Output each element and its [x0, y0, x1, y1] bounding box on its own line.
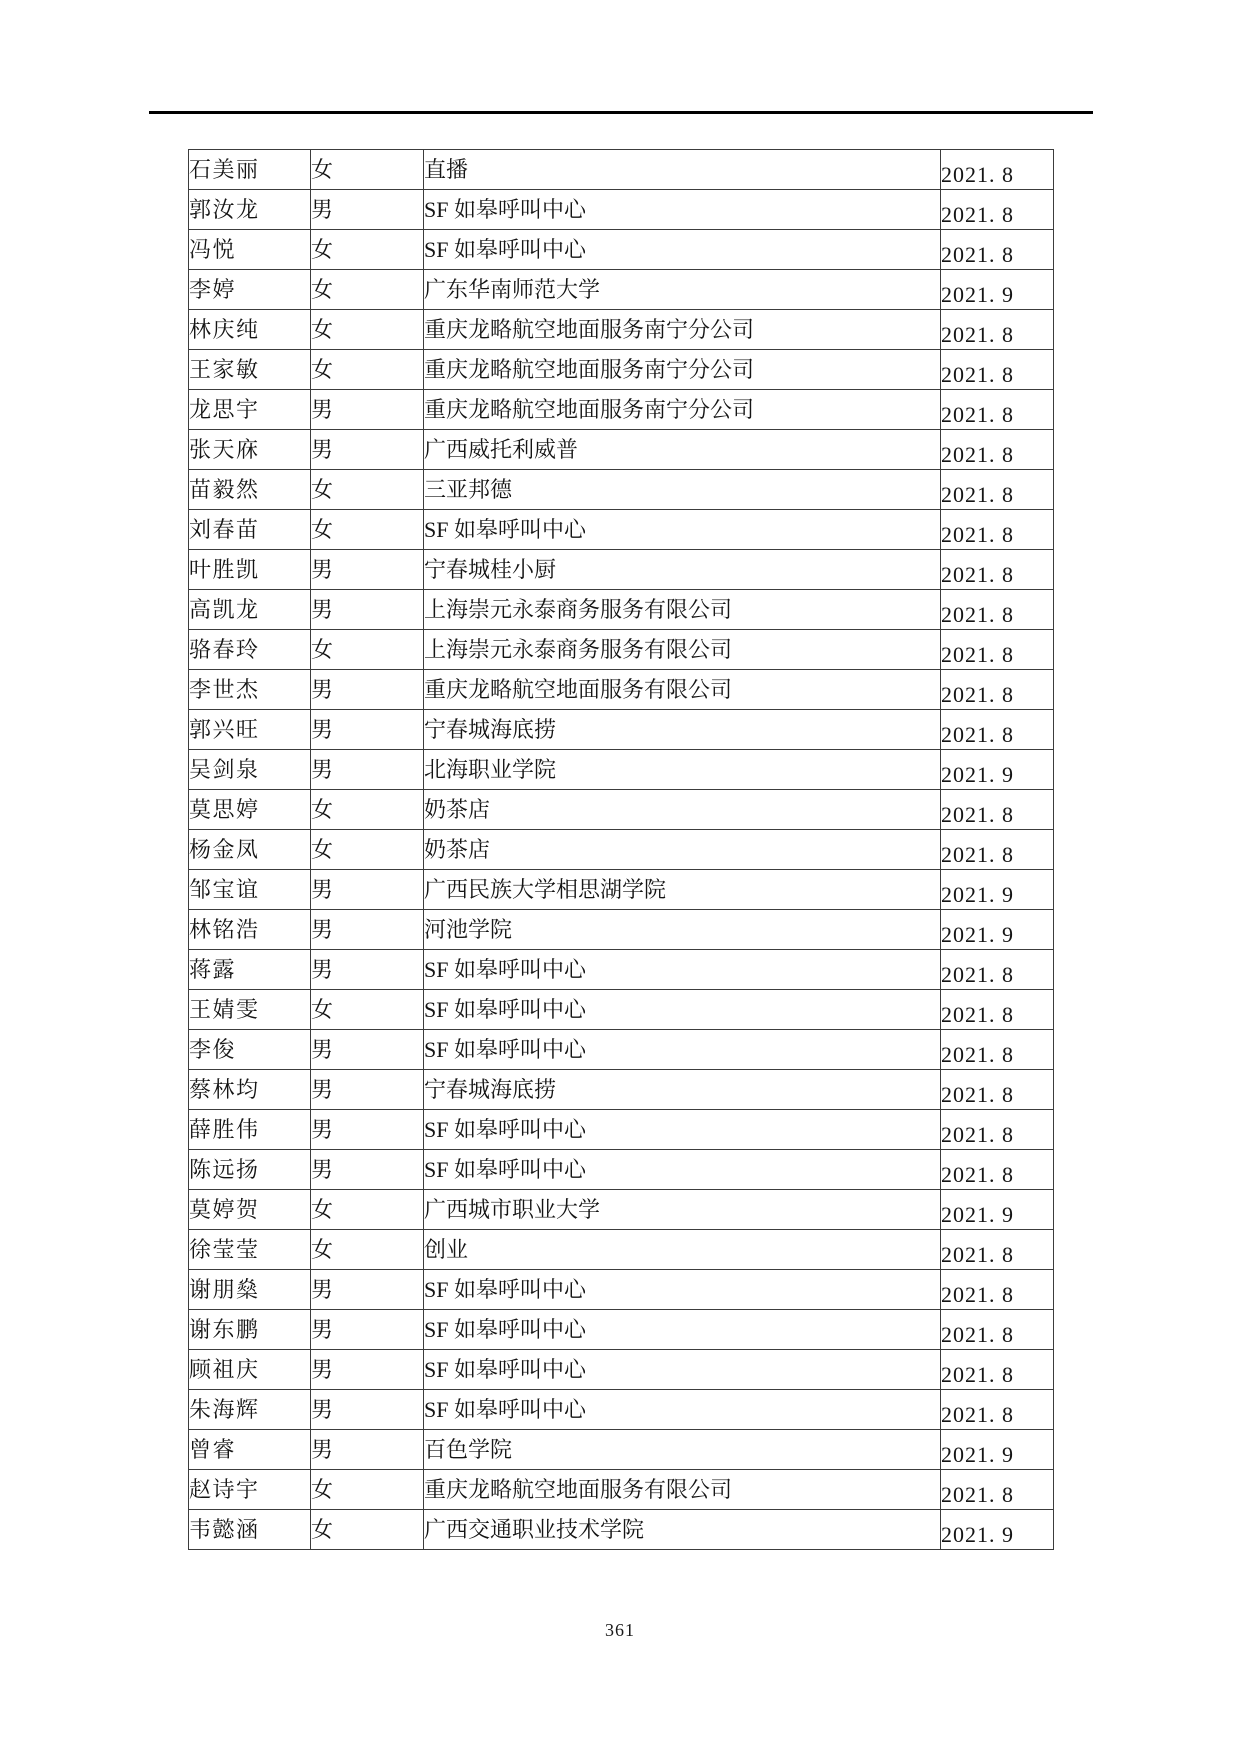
name-cell: 叶胜凯	[189, 550, 311, 590]
workplace-cell: 广西交通职业技术学院	[424, 1510, 941, 1550]
name-cell-text: 蒋露	[189, 957, 236, 982]
workplace-cell-text: SF 如皋呼叫中心	[424, 997, 586, 1022]
date-cell: 2021. 8	[941, 670, 1054, 710]
workplace-cell-text: 重庆龙略航空地面服务南宁分公司	[424, 317, 754, 342]
gender-cell-text: 男	[311, 757, 333, 782]
gender-cell: 男	[311, 1150, 424, 1190]
name-cell-text: 冯悦	[189, 237, 236, 262]
date-cell-text: 2021. 8	[941, 1284, 1014, 1306]
name-cell-text: 朱海辉	[189, 1397, 260, 1422]
name-cell-text: 龙思宇	[189, 397, 260, 422]
employment-roster-table: 石美丽女直播2021. 8郭汝龙男SF 如皋呼叫中心2021. 8冯悦女SF 如…	[188, 149, 1054, 1550]
table-row: 杨金凤女奶茶店2021. 8	[189, 830, 1054, 870]
gender-cell-text: 男	[311, 437, 333, 462]
gender-cell: 男	[311, 1310, 424, 1350]
gender-cell-text: 女	[311, 637, 333, 662]
workplace-cell-text: SF 如皋呼叫中心	[424, 237, 586, 262]
gender-cell: 女	[311, 270, 424, 310]
table-row: 王家敏女重庆龙略航空地面服务南宁分公司2021. 8	[189, 350, 1054, 390]
table-row: 莫婷贺女广西城市职业大学2021. 9	[189, 1190, 1054, 1230]
table-row: 张天庥男广西威托利威普2021. 8	[189, 430, 1054, 470]
date-cell: 2021. 8	[941, 350, 1054, 390]
date-cell: 2021. 9	[941, 1190, 1054, 1230]
workplace-cell-text: 宁春城桂小厨	[424, 557, 556, 582]
date-cell: 2021. 8	[941, 1230, 1054, 1270]
gender-cell: 男	[311, 950, 424, 990]
employment-roster-table-body: 石美丽女直播2021. 8郭汝龙男SF 如皋呼叫中心2021. 8冯悦女SF 如…	[189, 150, 1054, 1550]
name-cell: 谢朋燊	[189, 1270, 311, 1310]
date-cell: 2021. 8	[941, 630, 1054, 670]
name-cell-text: 李俊	[189, 1037, 236, 1062]
gender-cell: 男	[311, 670, 424, 710]
gender-cell: 女	[311, 230, 424, 270]
gender-cell: 女	[311, 1470, 424, 1510]
workplace-cell-text: 广西城市职业大学	[424, 1197, 600, 1222]
gender-cell: 女	[311, 830, 424, 870]
name-cell: 顾祖庆	[189, 1350, 311, 1390]
name-cell-text: 陈远扬	[189, 1157, 260, 1182]
gender-cell: 男	[311, 1270, 424, 1310]
gender-cell: 女	[311, 990, 424, 1030]
name-cell: 吴剑泉	[189, 750, 311, 790]
gender-cell-text: 男	[311, 1037, 333, 1062]
workplace-cell-text: 广东华南师范大学	[424, 277, 600, 302]
name-cell-text: 高凯龙	[189, 597, 260, 622]
workplace-cell-text: 北海职业学院	[424, 757, 556, 782]
gender-cell: 男	[311, 550, 424, 590]
date-cell-text: 2021. 8	[941, 404, 1014, 426]
name-cell-text: 叶胜凯	[189, 557, 260, 582]
name-cell-text: 赵诗宇	[189, 1477, 260, 1502]
document-page: 石美丽女直播2021. 8郭汝龙男SF 如皋呼叫中心2021. 8冯悦女SF 如…	[0, 0, 1240, 1754]
gender-cell-text: 男	[311, 717, 333, 742]
name-cell: 赵诗宇	[189, 1470, 311, 1510]
workplace-cell: 广西威托利威普	[424, 430, 941, 470]
name-cell-text: 谢朋燊	[189, 1277, 260, 1302]
name-cell-text: 林庆纯	[189, 317, 260, 342]
gender-cell-text: 男	[311, 677, 333, 702]
gender-cell: 女	[311, 1230, 424, 1270]
workplace-cell: 上海崇元永泰商务服务有限公司	[424, 630, 941, 670]
header-rule	[149, 111, 1093, 114]
date-cell-text: 2021. 8	[941, 1484, 1014, 1506]
workplace-cell: SF 如皋呼叫中心	[424, 990, 941, 1030]
name-cell: 石美丽	[189, 150, 311, 190]
date-cell-text: 2021. 8	[941, 364, 1014, 386]
workplace-cell: 重庆龙略航空地面服务有限公司	[424, 1470, 941, 1510]
name-cell: 朱海辉	[189, 1390, 311, 1430]
date-cell: 2021. 9	[941, 270, 1054, 310]
table-row: 石美丽女直播2021. 8	[189, 150, 1054, 190]
table-row: 徐莹莹女创业2021. 8	[189, 1230, 1054, 1270]
date-cell-text: 2021. 9	[941, 284, 1014, 306]
gender-cell-text: 男	[311, 1077, 333, 1102]
date-cell-text: 2021. 8	[941, 1404, 1014, 1426]
gender-cell-text: 女	[311, 237, 333, 262]
name-cell-text: 薛胜伟	[189, 1117, 260, 1142]
table-row: 吴剑泉男北海职业学院2021. 9	[189, 750, 1054, 790]
workplace-cell-text: 奶茶店	[424, 797, 490, 822]
table-row: 王婧雯女SF 如皋呼叫中心2021. 8	[189, 990, 1054, 1030]
table-row: 郭汝龙男SF 如皋呼叫中心2021. 8	[189, 190, 1054, 230]
workplace-cell-text: SF 如皋呼叫中心	[424, 1357, 586, 1382]
workplace-cell-text: 河池学院	[424, 917, 512, 942]
gender-cell-text: 男	[311, 597, 333, 622]
name-cell: 刘春苗	[189, 510, 311, 550]
name-cell-text: 蔡林均	[189, 1077, 260, 1102]
name-cell: 郭汝龙	[189, 190, 311, 230]
gender-cell: 男	[311, 1030, 424, 1070]
date-cell: 2021. 9	[941, 910, 1054, 950]
gender-cell-text: 女	[311, 277, 333, 302]
workplace-cell: SF 如皋呼叫中心	[424, 1150, 941, 1190]
gender-cell: 女	[311, 630, 424, 670]
table-row: 李婷女广东华南师范大学2021. 9	[189, 270, 1054, 310]
workplace-cell: 重庆龙略航空地面服务南宁分公司	[424, 390, 941, 430]
table-row: 林铭浩男河池学院2021. 9	[189, 910, 1054, 950]
table-row: 苗毅然女三亚邦德2021. 8	[189, 470, 1054, 510]
gender-cell-text: 男	[311, 1277, 333, 1302]
date-cell: 2021. 8	[941, 150, 1054, 190]
date-cell-text: 2021. 8	[941, 1324, 1014, 1346]
gender-cell: 女	[311, 510, 424, 550]
workplace-cell-text: 重庆龙略航空地面服务南宁分公司	[424, 397, 754, 422]
gender-cell: 男	[311, 910, 424, 950]
workplace-cell-text: 重庆龙略航空地面服务有限公司	[424, 1477, 732, 1502]
gender-cell: 女	[311, 470, 424, 510]
gender-cell-text: 男	[311, 197, 333, 222]
workplace-cell: 广东华南师范大学	[424, 270, 941, 310]
date-cell: 2021. 8	[941, 190, 1054, 230]
name-cell: 王家敏	[189, 350, 311, 390]
name-cell: 苗毅然	[189, 470, 311, 510]
date-cell: 2021. 8	[941, 1070, 1054, 1110]
gender-cell-text: 男	[311, 1357, 333, 1382]
name-cell-text: 王家敏	[189, 357, 260, 382]
name-cell-text: 郭汝龙	[189, 197, 260, 222]
date-cell: 2021. 9	[941, 750, 1054, 790]
workplace-cell: SF 如皋呼叫中心	[424, 190, 941, 230]
date-cell: 2021. 9	[941, 870, 1054, 910]
name-cell: 薛胜伟	[189, 1110, 311, 1150]
name-cell-text: 邹宝谊	[189, 877, 260, 902]
name-cell-text: 骆春玲	[189, 637, 260, 662]
gender-cell-text: 男	[311, 1157, 333, 1182]
table-row: 赵诗宇女重庆龙略航空地面服务有限公司2021. 8	[189, 1470, 1054, 1510]
workplace-cell: 重庆龙略航空地面服务南宁分公司	[424, 350, 941, 390]
name-cell-text: 谢东鹏	[189, 1317, 260, 1342]
workplace-cell: 百色学院	[424, 1430, 941, 1470]
table-row: 冯悦女SF 如皋呼叫中心2021. 8	[189, 230, 1054, 270]
name-cell: 骆春玲	[189, 630, 311, 670]
workplace-cell: SF 如皋呼叫中心	[424, 1110, 941, 1150]
date-cell-text: 2021. 8	[941, 444, 1014, 466]
table-row: 韦懿涵女广西交通职业技术学院2021. 9	[189, 1510, 1054, 1550]
date-cell-text: 2021. 8	[941, 844, 1014, 866]
gender-cell-text: 女	[311, 357, 333, 382]
workplace-cell-text: SF 如皋呼叫中心	[424, 1277, 586, 1302]
gender-cell: 男	[311, 870, 424, 910]
workplace-cell: 广西民族大学相思湖学院	[424, 870, 941, 910]
date-cell: 2021. 8	[941, 790, 1054, 830]
table-row: 骆春玲女上海崇元永泰商务服务有限公司2021. 8	[189, 630, 1054, 670]
workplace-cell-text: SF 如皋呼叫中心	[424, 1317, 586, 1342]
table-row: 龙思宇男重庆龙略航空地面服务南宁分公司2021. 8	[189, 390, 1054, 430]
gender-cell-text: 女	[311, 477, 333, 502]
name-cell: 冯悦	[189, 230, 311, 270]
page-number: 361	[0, 1620, 1240, 1641]
workplace-cell: 奶茶店	[424, 790, 941, 830]
table-row: 郭兴旺男宁春城海底捞2021. 8	[189, 710, 1054, 750]
name-cell-text: 石美丽	[189, 157, 260, 182]
name-cell-text: 莫思婷	[189, 797, 260, 822]
name-cell: 张天庥	[189, 430, 311, 470]
gender-cell: 男	[311, 1110, 424, 1150]
name-cell: 蒋露	[189, 950, 311, 990]
name-cell-text: 顾祖庆	[189, 1357, 260, 1382]
date-cell: 2021. 8	[941, 830, 1054, 870]
gender-cell: 男	[311, 710, 424, 750]
date-cell-text: 2021. 8	[941, 524, 1014, 546]
name-cell: 林庆纯	[189, 310, 311, 350]
workplace-cell-text: 宁春城海底捞	[424, 717, 556, 742]
date-cell-text: 2021. 9	[941, 764, 1014, 786]
workplace-cell: 创业	[424, 1230, 941, 1270]
name-cell-text: 王婧雯	[189, 997, 260, 1022]
gender-cell: 男	[311, 1430, 424, 1470]
table-row: 李俊男SF 如皋呼叫中心2021. 8	[189, 1030, 1054, 1070]
name-cell-text: 张天庥	[189, 437, 260, 462]
date-cell-text: 2021. 8	[941, 804, 1014, 826]
gender-cell: 男	[311, 190, 424, 230]
date-cell-text: 2021. 8	[941, 164, 1014, 186]
gender-cell-text: 男	[311, 1437, 333, 1462]
workplace-cell-text: 广西民族大学相思湖学院	[424, 877, 666, 902]
gender-cell: 女	[311, 790, 424, 830]
date-cell: 2021. 8	[941, 1030, 1054, 1070]
gender-cell-text: 女	[311, 1517, 333, 1542]
date-cell: 2021. 8	[941, 230, 1054, 270]
table-row: 陈远扬男SF 如皋呼叫中心2021. 8	[189, 1150, 1054, 1190]
workplace-cell-text: SF 如皋呼叫中心	[424, 517, 586, 542]
date-cell: 2021. 8	[941, 950, 1054, 990]
workplace-cell: 奶茶店	[424, 830, 941, 870]
name-cell: 龙思宇	[189, 390, 311, 430]
date-cell-text: 2021. 8	[941, 724, 1014, 746]
name-cell-text: 吴剑泉	[189, 757, 260, 782]
date-cell: 2021. 8	[941, 390, 1054, 430]
gender-cell-text: 女	[311, 1477, 333, 1502]
date-cell-text: 2021. 9	[941, 884, 1014, 906]
name-cell: 徐莹莹	[189, 1230, 311, 1270]
date-cell-text: 2021. 8	[941, 564, 1014, 586]
name-cell: 邹宝谊	[189, 870, 311, 910]
gender-cell: 男	[311, 590, 424, 630]
workplace-cell: SF 如皋呼叫中心	[424, 1310, 941, 1350]
date-cell-text: 2021. 8	[941, 1364, 1014, 1386]
name-cell: 王婧雯	[189, 990, 311, 1030]
gender-cell-text: 男	[311, 957, 333, 982]
workplace-cell: SF 如皋呼叫中心	[424, 1030, 941, 1070]
workplace-cell: 宁春城海底捞	[424, 710, 941, 750]
name-cell: 蔡林均	[189, 1070, 311, 1110]
gender-cell: 男	[311, 430, 424, 470]
date-cell-text: 2021. 8	[941, 1084, 1014, 1106]
workplace-cell-text: 百色学院	[424, 1437, 512, 1462]
gender-cell: 女	[311, 350, 424, 390]
workplace-cell: SF 如皋呼叫中心	[424, 510, 941, 550]
date-cell: 2021. 8	[941, 710, 1054, 750]
table-row: 曾睿男百色学院2021. 9	[189, 1430, 1054, 1470]
date-cell-text: 2021. 8	[941, 964, 1014, 986]
table-row: 蒋露男SF 如皋呼叫中心2021. 8	[189, 950, 1054, 990]
name-cell: 高凯龙	[189, 590, 311, 630]
table-row: 顾祖庆男SF 如皋呼叫中心2021. 8	[189, 1350, 1054, 1390]
name-cell: 陈远扬	[189, 1150, 311, 1190]
date-cell-text: 2021. 8	[941, 1244, 1014, 1266]
date-cell-text: 2021. 8	[941, 644, 1014, 666]
gender-cell: 女	[311, 150, 424, 190]
date-cell: 2021. 8	[941, 470, 1054, 510]
workplace-cell-text: 三亚邦德	[424, 477, 512, 502]
date-cell-text: 2021. 9	[941, 924, 1014, 946]
date-cell-text: 2021. 8	[941, 324, 1014, 346]
workplace-cell: SF 如皋呼叫中心	[424, 230, 941, 270]
date-cell-text: 2021. 8	[941, 1044, 1014, 1066]
name-cell-text: 郭兴旺	[189, 717, 260, 742]
workplace-cell: SF 如皋呼叫中心	[424, 950, 941, 990]
date-cell: 2021. 8	[941, 1110, 1054, 1150]
name-cell: 李婷	[189, 270, 311, 310]
gender-cell-text: 女	[311, 517, 333, 542]
gender-cell: 男	[311, 1070, 424, 1110]
workplace-cell: 重庆龙略航空地面服务南宁分公司	[424, 310, 941, 350]
date-cell-text: 2021. 8	[941, 1164, 1014, 1186]
workplace-cell-text: 上海崇元永泰商务服务有限公司	[424, 597, 732, 622]
workplace-cell: 重庆龙略航空地面服务有限公司	[424, 670, 941, 710]
date-cell: 2021. 8	[941, 1350, 1054, 1390]
name-cell-text: 李婷	[189, 277, 236, 302]
gender-cell: 女	[311, 310, 424, 350]
workplace-cell: 河池学院	[424, 910, 941, 950]
gender-cell: 女	[311, 1190, 424, 1230]
date-cell-text: 2021. 9	[941, 1204, 1014, 1226]
date-cell-text: 2021. 8	[941, 244, 1014, 266]
date-cell: 2021. 8	[941, 310, 1054, 350]
name-cell: 莫思婷	[189, 790, 311, 830]
name-cell-text: 莫婷贺	[189, 1197, 260, 1222]
name-cell: 谢东鹏	[189, 1310, 311, 1350]
gender-cell: 女	[311, 1510, 424, 1550]
workplace-cell-text: SF 如皋呼叫中心	[424, 957, 586, 982]
gender-cell: 男	[311, 1390, 424, 1430]
workplace-cell-text: SF 如皋呼叫中心	[424, 197, 586, 222]
name-cell-text: 苗毅然	[189, 477, 260, 502]
workplace-cell-text: SF 如皋呼叫中心	[424, 1397, 586, 1422]
date-cell: 2021. 8	[941, 430, 1054, 470]
gender-cell-text: 女	[311, 797, 333, 822]
workplace-cell-text: SF 如皋呼叫中心	[424, 1037, 586, 1062]
workplace-cell: 上海崇元永泰商务服务有限公司	[424, 590, 941, 630]
workplace-cell: 宁春城海底捞	[424, 1070, 941, 1110]
name-cell: 李世杰	[189, 670, 311, 710]
date-cell: 2021. 9	[941, 1430, 1054, 1470]
date-cell: 2021. 8	[941, 990, 1054, 1030]
gender-cell: 男	[311, 390, 424, 430]
name-cell-text: 曾睿	[189, 1437, 236, 1462]
workplace-cell: 三亚邦德	[424, 470, 941, 510]
workplace-cell: 直播	[424, 150, 941, 190]
name-cell-text: 林铭浩	[189, 917, 260, 942]
date-cell: 2021. 8	[941, 590, 1054, 630]
workplace-cell-text: 广西交通职业技术学院	[424, 1517, 644, 1542]
name-cell: 曾睿	[189, 1430, 311, 1470]
name-cell-text: 徐莹莹	[189, 1237, 260, 1262]
table-row: 莫思婷女奶茶店2021. 8	[189, 790, 1054, 830]
workplace-cell-text: 创业	[424, 1237, 468, 1262]
name-cell: 林铭浩	[189, 910, 311, 950]
workplace-cell: SF 如皋呼叫中心	[424, 1390, 941, 1430]
workplace-cell-text: SF 如皋呼叫中心	[424, 1157, 586, 1182]
date-cell: 2021. 8	[941, 1310, 1054, 1350]
workplace-cell-text: 广西威托利威普	[424, 437, 578, 462]
table-row: 蔡林均男宁春城海底捞2021. 8	[189, 1070, 1054, 1110]
workplace-cell-text: 上海崇元永泰商务服务有限公司	[424, 637, 732, 662]
date-cell-text: 2021. 9	[941, 1524, 1014, 1546]
gender-cell-text: 男	[311, 397, 333, 422]
workplace-cell-text: 奶茶店	[424, 837, 490, 862]
gender-cell-text: 女	[311, 317, 333, 342]
date-cell-text: 2021. 8	[941, 684, 1014, 706]
table-row: 高凯龙男上海崇元永泰商务服务有限公司2021. 8	[189, 590, 1054, 630]
gender-cell-text: 男	[311, 1317, 333, 1342]
gender-cell-text: 男	[311, 877, 333, 902]
name-cell-text: 刘春苗	[189, 517, 260, 542]
gender-cell-text: 女	[311, 837, 333, 862]
workplace-cell-text: 直播	[424, 157, 468, 182]
date-cell: 2021. 8	[941, 510, 1054, 550]
name-cell: 杨金凤	[189, 830, 311, 870]
date-cell-text: 2021. 9	[941, 1444, 1014, 1466]
table-row: 叶胜凯男宁春城桂小厨2021. 8	[189, 550, 1054, 590]
name-cell: 李俊	[189, 1030, 311, 1070]
gender-cell: 男	[311, 750, 424, 790]
table-row: 谢东鹏男SF 如皋呼叫中心2021. 8	[189, 1310, 1054, 1350]
date-cell: 2021. 9	[941, 1510, 1054, 1550]
name-cell-text: 韦懿涵	[189, 1517, 260, 1542]
date-cell: 2021. 8	[941, 1270, 1054, 1310]
date-cell-text: 2021. 8	[941, 484, 1014, 506]
workplace-cell-text: 重庆龙略航空地面服务有限公司	[424, 677, 732, 702]
table-row: 林庆纯女重庆龙略航空地面服务南宁分公司2021. 8	[189, 310, 1054, 350]
gender-cell-text: 男	[311, 917, 333, 942]
workplace-cell-text: SF 如皋呼叫中心	[424, 1117, 586, 1142]
name-cell: 韦懿涵	[189, 1510, 311, 1550]
gender-cell: 男	[311, 1350, 424, 1390]
gender-cell-text: 女	[311, 997, 333, 1022]
gender-cell-text: 男	[311, 557, 333, 582]
date-cell: 2021. 8	[941, 1470, 1054, 1510]
table-row: 朱海辉男SF 如皋呼叫中心2021. 8	[189, 1390, 1054, 1430]
name-cell-text: 李世杰	[189, 677, 260, 702]
workplace-cell: SF 如皋呼叫中心	[424, 1350, 941, 1390]
gender-cell-text: 女	[311, 1237, 333, 1262]
date-cell-text: 2021. 8	[941, 1004, 1014, 1026]
gender-cell-text: 男	[311, 1117, 333, 1142]
date-cell: 2021. 8	[941, 1150, 1054, 1190]
workplace-cell: 广西城市职业大学	[424, 1190, 941, 1230]
table-row: 谢朋燊男SF 如皋呼叫中心2021. 8	[189, 1270, 1054, 1310]
